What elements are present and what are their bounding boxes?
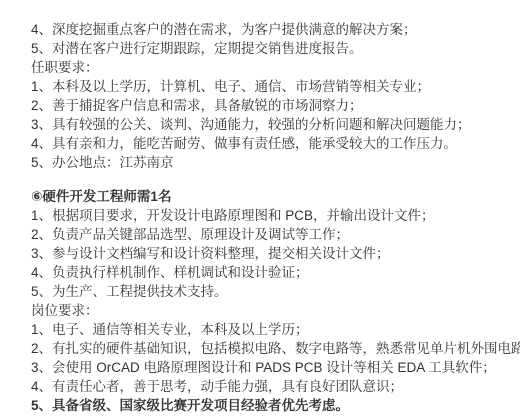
list-item: 1、本科及以上学历，计算机、电子、通信、市场营销等相关专业； — [31, 77, 516, 96]
section-heading-hardware-engineer: ⑥硬件开发工程师需1名 — [31, 187, 516, 206]
list-item: 1、电子、通信等相关专业，本科及以上学历； — [31, 320, 516, 339]
list-item-office-location: 5、办公地点：江苏南京 — [31, 153, 516, 172]
list-item: 3、参与设计文档编写和设计资料整理，提交相关设计文件； — [31, 244, 516, 263]
list-item: 3、具有较强的公关、谈判、沟通能力，较强的分析问题和解决问题能力； — [31, 115, 516, 134]
list-item: 5、对潜在客户进行定期跟踪，定期提交销售进度报告。 — [31, 39, 516, 58]
subheading-job-requirements: 任职要求： — [31, 58, 516, 77]
list-item: 2、有扎实的硬件基础知识，包括模拟电路、数字电路等，熟悉常见单片机外围电路； — [31, 339, 516, 358]
list-item: 5、为生产、工程提供技术支持。 — [31, 282, 516, 301]
list-item: 1、根据项目要求，开发设计电路原理图和 PCB，并输出设计文件； — [31, 206, 516, 225]
subheading-position-requirements: 岗位要求： — [31, 301, 516, 320]
list-item: 3、会使用 OrCAD 电路原理图设计和 PADS PCB 设计等相关 EDA … — [31, 358, 516, 377]
list-item: 2、善于捕捉客户信息和需求，具备敏锐的市场洞察力； — [31, 96, 516, 115]
list-item: 2、负责产品关键部品选型、原理设计及调试等工作； — [31, 225, 516, 244]
list-item: 4、深度挖掘重点客户的潜在需求，为客户提供满意的解决方案； — [31, 20, 516, 39]
list-item: 4、负责执行样机制作、样机调试和设计验证； — [31, 263, 516, 282]
document-page: 4、深度挖掘重点客户的潜在需求，为客户提供满意的解决方案； 5、对潜在客户进行定… — [0, 0, 520, 420]
list-item: 4、具有亲和力，能吃苦耐劳、做事有责任感，能承受较大的工作压力。 — [31, 134, 516, 153]
list-item: 4、有责任心者，善于思考，动手能力强，具有良好团队意识； — [31, 377, 516, 396]
list-item-preferred-experience: 5、具备省级、国家级比赛开发项目经验者优先考虑。 — [31, 396, 516, 415]
